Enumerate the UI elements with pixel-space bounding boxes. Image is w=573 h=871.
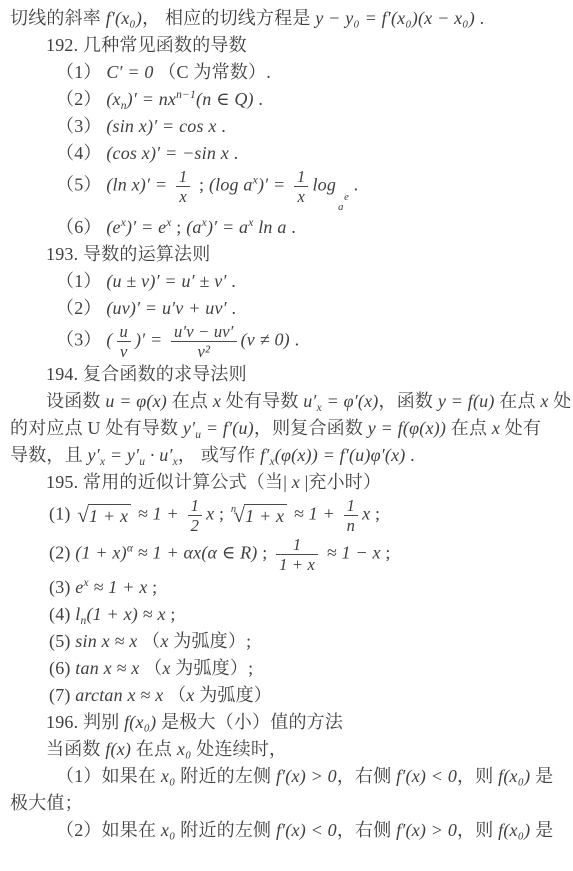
math-run: e [75, 577, 83, 597]
math-run: x [160, 631, 168, 651]
fraction-numerator: 1 [344, 496, 358, 515]
text-run: (5) [49, 631, 75, 651]
math-run: 1 [179, 167, 187, 186]
text-run: （ [163, 685, 186, 705]
math-run: log [312, 175, 336, 195]
text-run: 是 [530, 766, 553, 786]
text-run: ; [258, 542, 273, 562]
text-line-23: (6) tan x ≈ x （x 为弧度）; [4, 655, 569, 682]
text-line-15: 的对应点 U 处有导数 y′u = f′(u)，则复合函数 y = f(φ(x)… [4, 415, 569, 442]
math-run: v [120, 342, 128, 361]
math-run: = φ′(x) [322, 391, 379, 411]
text-line-21: (4) ln(1 + x) ≈ x ; [4, 601, 569, 628]
text-line-29: （2）如果在 x₀ 附近的左侧 f′(x) < 0，右侧 f′(x) > 0，则… [4, 817, 569, 844]
math-run: 1 [191, 496, 199, 515]
math-run: x [179, 187, 187, 206]
fraction-denominator: x [176, 186, 190, 206]
text-run: ，则复合函数 [254, 418, 368, 438]
math-run: (cos x)′ = −sin x [106, 143, 229, 163]
text-run: （2） [56, 298, 106, 318]
math-run: 1 [297, 167, 305, 186]
text-run: . [349, 175, 358, 195]
text-line-1: 切线的斜率 f′(x₀)， 相应的切线方程是 y − y₀ = f′(x₀)(x… [4, 5, 569, 32]
text-run: ，则 [457, 766, 498, 786]
math-run: x [492, 418, 500, 438]
text-line-20: (3) ex ≈ 1 + x ; [4, 574, 569, 601]
math-run: ( [106, 329, 112, 349]
text-run: ，右侧 [337, 820, 396, 840]
fraction-numerator: u′v − uv′ [171, 322, 237, 341]
text-run: . [227, 271, 236, 291]
text-run: 194. 复合函数的求导法则 [46, 364, 247, 384]
text-run: ; [147, 577, 157, 597]
math-run: u [120, 322, 128, 341]
math-run: x [292, 472, 300, 492]
math-run: sin x ≈ x [75, 631, 137, 651]
math-run: )′ = e [126, 217, 166, 237]
math-run: x [186, 685, 194, 705]
text-line-8: （6） (ex)′ = ex ; (ax)′ = ax ln a . [4, 214, 569, 241]
text-line-7: （5） (ln x)′ = 1x ; (log ax)′ = 1xlogea . [4, 167, 569, 214]
text-run: 是极大（小）值的方法 [156, 712, 343, 732]
text-run: ，函数 [379, 391, 438, 411]
math-run: x [213, 391, 221, 411]
text-run: （5） [56, 175, 106, 195]
math-run: (x [106, 89, 120, 109]
text-run: 导数，且 [10, 445, 88, 465]
fraction-numerator: 1 [176, 167, 190, 186]
text-run: . [405, 445, 414, 465]
radical: n√1 + x [231, 504, 287, 526]
math-run: (1 + x) [75, 542, 127, 562]
math-run: (ln x)′ = [106, 175, 172, 195]
fraction: 11 + x [276, 535, 318, 574]
math-run: f(x₀) [498, 766, 530, 786]
text-run: 处 [549, 391, 572, 411]
fraction-numerator: 1 [188, 496, 202, 515]
text-run: 为弧度）; [171, 658, 254, 678]
text-run: 处有导数 [221, 391, 303, 411]
text-run: 193. 导数的运算法则 [46, 244, 210, 264]
math-run: (a [186, 217, 201, 237]
text-run: 的对应点 U 处有导数 [10, 418, 183, 438]
math-run: f(x) [105, 739, 131, 759]
fraction-numerator: 1 [294, 167, 308, 186]
math-run: y − y₀ = f′(x₀)(x − x₀) [315, 8, 475, 28]
radicand: 1 + x [244, 504, 287, 526]
text-run: 在点 [495, 391, 541, 411]
text-run: . [287, 217, 296, 237]
math-run: = y′ [105, 445, 139, 465]
math-run: y = f(φ(x)) [368, 418, 446, 438]
text-run: (6) [49, 658, 75, 678]
text-line-9: 193. 导数的运算法则 [4, 241, 569, 268]
text-line-14: 设函数 u = φ(x) 在点 x 处有导数 u′x = φ′(x)，函数 y … [4, 388, 569, 415]
math-run: 1 + x [89, 506, 128, 526]
math-run: )′ = [135, 329, 167, 349]
math-run: 2 [191, 516, 199, 535]
text-run: （ [139, 658, 162, 678]
text-run: . [217, 116, 226, 136]
text-run: （3） [56, 116, 106, 136]
text-run: 192. 几种常见函数的导数 [46, 35, 247, 55]
math-run: ≈ 1 − x [322, 542, 381, 562]
text-run: ，则 [457, 820, 498, 840]
math-run: v² [197, 342, 210, 361]
document-page: 切线的斜率 f′(x₀)， 相应的切线方程是 y − y₀ = f′(x₀)(x… [0, 0, 573, 844]
text-run: 附近的左侧 [176, 766, 276, 786]
math-run: f′(x) < 0 [276, 820, 337, 840]
math-run: (φ(x)) = f′(u)φ′(x) [275, 445, 406, 465]
math-run: u′v − uv′ [174, 322, 234, 341]
text-run: 设函数 [46, 391, 105, 411]
text-run: (2) [49, 542, 75, 562]
text-run: ， 相应的切线方程是 [142, 8, 315, 28]
text-run: 当函数 [46, 739, 105, 759]
text-run: ; [194, 175, 209, 195]
text-line-22: (5) sin x ≈ x （x 为弧度）; [4, 628, 569, 655]
text-run: (3) [49, 577, 75, 597]
text-run: |充小时） [300, 472, 381, 492]
fraction: 1x [176, 167, 190, 206]
text-line-27: （1）如果在 x₀ 附近的左侧 f′(x) > 0，右侧 f′(x) < 0，则… [4, 763, 569, 790]
text-line-12: （3） (uv)′ = u′v − uv′v²(v ≠ 0) . [4, 322, 569, 361]
text-line-18: (1) √1 + x ≈ 1 + 12x ; n√1 + x ≈ 1 + 1nx… [4, 496, 569, 535]
radicand: 1 + x [88, 504, 131, 526]
math-run: tan x ≈ x [75, 658, 139, 678]
text-run: 在点 [167, 391, 213, 411]
text-run: 处有 [500, 418, 541, 438]
text-run: 为弧度） [195, 685, 273, 705]
math-run: )′ = a [207, 217, 248, 237]
text-run: （2）如果在 [56, 820, 161, 840]
text-run: . [290, 329, 299, 349]
math-run: x₀ [161, 820, 176, 840]
sub-sup-stack: ea [337, 193, 349, 214]
math-run: f′(x) > 0 [396, 820, 457, 840]
math-run: (1 + x) ≈ x [86, 604, 165, 624]
math-run: = f′(u) [201, 418, 254, 438]
radical: √1 + x [77, 504, 131, 526]
math-run: x [162, 658, 170, 678]
text-line-25: 196. 判别 f(x₀) 是极大（小）值的方法 [4, 709, 569, 736]
math-run: )′ = nx [127, 89, 176, 109]
text-line-13: 194. 复合函数的求导法则 [4, 361, 569, 388]
math-run: (sin x)′ = cos x [106, 116, 216, 136]
text-line-19: (2) (1 + x)α ≈ 1 + αx(α ∈ R) ; 11 + x ≈ … [4, 535, 569, 574]
math-run: u′ [303, 391, 316, 411]
text-run: （6） [56, 217, 106, 237]
math-run: f′(x) < 0 [396, 766, 457, 786]
fraction-denominator: 1 + x [276, 554, 318, 574]
math-run: f′(x) > 0 [276, 766, 337, 786]
text-run: ; [214, 503, 229, 523]
math-run: y = f(u) [438, 391, 495, 411]
fraction-denominator: n [344, 515, 358, 535]
fraction: uv [117, 322, 131, 361]
stack-subscript: a [338, 203, 349, 214]
text-run: （3） [56, 329, 106, 349]
text-run: ; [172, 217, 187, 237]
text-run: 196. 判别 [46, 712, 124, 732]
text-run: ; [381, 542, 391, 562]
math-run: x [540, 391, 548, 411]
text-run: . [229, 143, 238, 163]
math-run: (n ∈ Q) [196, 89, 254, 109]
superscript: n−1 [176, 89, 196, 101]
math-run: y′ [183, 418, 195, 438]
math-run: f(x₀) [498, 820, 530, 840]
text-run: ， 或写作 [178, 445, 260, 465]
math-run: ≈ 1 + [289, 503, 339, 523]
text-line-24: (7) arctan x ≈ x （x 为弧度） [4, 682, 569, 709]
text-run: ; [166, 604, 176, 624]
text-run: (4) [49, 604, 75, 624]
text-run: (7) [49, 685, 75, 705]
text-run: （C 为常数）. [154, 62, 271, 82]
text-line-16: 导数，且 y′x = y′u · u′x， 或写作 f′x(φ(x)) = f′… [4, 442, 569, 469]
math-run: 1 [293, 535, 301, 554]
text-line-17: 195. 常用的近似计算公式（当| x |充小时） [4, 469, 569, 496]
fraction-numerator: u [117, 322, 131, 341]
text-run: (1) [49, 503, 75, 523]
text-run: （2） [56, 89, 106, 109]
math-run: u = φ(x) [105, 391, 167, 411]
text-run: （ [137, 631, 160, 651]
fraction: 1x [294, 167, 308, 206]
fraction: u′v − uv′v² [171, 322, 237, 361]
math-run: (uv)′ = u′v + uv′ [106, 298, 226, 318]
fraction-denominator: 2 [188, 515, 202, 535]
text-run: 处连续时， [192, 739, 288, 759]
math-run: ≈ 1 + x [89, 577, 148, 597]
text-line-11: （2） (uv)′ = u′v + uv′ . [4, 295, 569, 322]
text-line-26: 当函数 f(x) 在点 x₀ 处连续时， [4, 736, 569, 763]
math-run: n [347, 516, 355, 535]
math-run: arctan x ≈ x [75, 685, 163, 705]
text-run: . [227, 298, 236, 318]
text-line-6: （4） (cos x)′ = −sin x . [4, 140, 569, 167]
text-line-28: 极大值； [4, 790, 569, 817]
text-run: 极大值； [10, 793, 83, 813]
text-run: 195. 常用的近似计算公式（当| [46, 472, 292, 492]
math-run: (log a [209, 175, 253, 195]
math-run: 1 + x [245, 506, 284, 526]
text-line-10: （1） (u ± v)′ = u′ ± v′ . [4, 268, 569, 295]
text-run: （1） [56, 62, 106, 82]
text-line-3: （1） C′ = 0 （C 为常数）. [4, 59, 569, 86]
math-run: )′ = [258, 175, 290, 195]
text-run: ; [370, 503, 380, 523]
fraction: 1n [344, 496, 358, 535]
math-run: 1 + x [279, 555, 315, 574]
text-run: 是 [530, 820, 553, 840]
math-run: ln a [254, 217, 287, 237]
text-run: 切线的斜率 [10, 8, 106, 28]
text-run: ，右侧 [337, 766, 396, 786]
math-run: ≈ 1 + αx(α ∈ R) [133, 542, 257, 562]
text-run: 在点 [131, 739, 177, 759]
math-run: (e [106, 217, 120, 237]
text-line-2: 192. 几种常见函数的导数 [4, 32, 569, 59]
math-run: f′(x₀) [106, 8, 142, 28]
math-run: ≈ 1 + [133, 503, 183, 523]
math-run: · u′ [145, 445, 172, 465]
math-run: x [297, 187, 305, 206]
math-run: (v ≠ 0) [241, 329, 290, 349]
text-run: . [475, 8, 484, 28]
math-run: C′ = 0 [106, 62, 153, 82]
math-run: y′ [88, 445, 100, 465]
fraction-denominator: v² [171, 341, 237, 361]
text-run: 附近的左侧 [176, 820, 276, 840]
fraction-denominator: v [117, 341, 131, 361]
text-line-4: （2） (xn)′ = nxn−1(n ∈ Q) . [4, 86, 569, 113]
math-run: x₀ [177, 739, 192, 759]
text-run: （1） [56, 271, 106, 291]
text-run: 在点 [446, 418, 492, 438]
fraction-denominator: x [294, 186, 308, 206]
math-run: (u ± v)′ = u′ ± v′ [106, 271, 226, 291]
text-run: （4） [56, 143, 106, 163]
text-line-5: （3） (sin x)′ = cos x . [4, 113, 569, 140]
fraction: 12 [188, 496, 202, 535]
text-run: （1）如果在 [56, 766, 161, 786]
math-run: 1 [347, 496, 355, 515]
text-run: 为弧度）; [169, 631, 252, 651]
document-lines: 切线的斜率 f′(x₀)， 相应的切线方程是 y − y₀ = f′(x₀)(x… [4, 5, 569, 844]
text-run: . [254, 89, 263, 109]
math-run: f(x₀) [124, 712, 156, 732]
math-run: x₀ [161, 766, 176, 786]
fraction-numerator: 1 [276, 535, 318, 554]
